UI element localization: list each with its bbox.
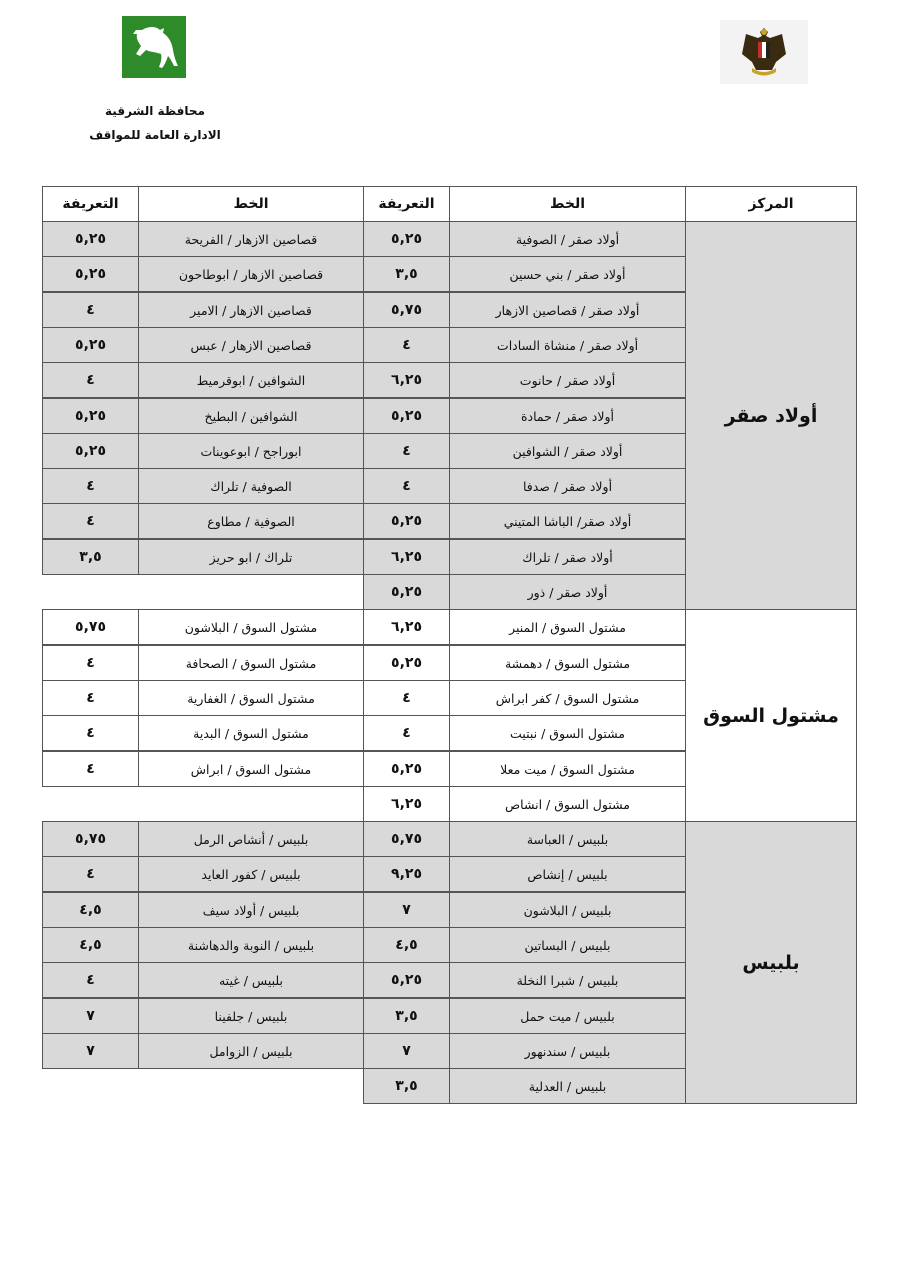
route-fare-cell: ٤ [363, 327, 450, 363]
route-fare-cell: ٥,٢٥ [363, 751, 450, 787]
route-line-cell: أولاد صقر / قصاصين الازهار [449, 292, 686, 328]
route-fare-cell: ٤ [363, 715, 450, 751]
route-fare-cell: ٤,٥ [363, 927, 450, 963]
route-fare-cell: ٤ [363, 680, 450, 716]
route-line-cell: بلبيس / أنشاص الرمل [138, 821, 364, 857]
route-line-cell: بلبيس / أولاد سيف [138, 892, 364, 928]
route-fare-cell: ٣,٥ [363, 256, 450, 292]
route-line-cell: الصوفية / مطاوع [138, 503, 364, 539]
route-line-cell: قصاصين الازهار / الامير [138, 292, 364, 328]
route-line-cell: مشتول السوق / الصحافة [138, 645, 364, 681]
route-line-cell: أولاد صقر / ذور [449, 574, 686, 610]
route-fare-cell: ٤ [42, 468, 139, 504]
route-fare-cell: ٦,٢٥ [363, 786, 450, 822]
route-fare-cell: ٤,٥ [42, 927, 139, 963]
route-line-cell: تلراك / ابو حريز [138, 539, 364, 575]
route-fare-cell: ٤ [42, 751, 139, 787]
route-line-cell: مشتول السوق / ميت معلا [449, 751, 686, 787]
route-fare-cell: ٤ [42, 292, 139, 328]
sharqia-horse-logo [122, 16, 186, 78]
route-fare-cell: ٤ [363, 468, 450, 504]
route-fare-cell: ٥,٧٥ [363, 292, 450, 328]
route-fare-cell: ٤ [42, 856, 139, 892]
route-line-cell: ابوراجح / ابوعوينات [138, 433, 364, 469]
route-line-cell: الصوفية / تلراك [138, 468, 364, 504]
route-fare-cell: ٥,٧٥ [42, 821, 139, 857]
route-line-cell: بلبيس / البلاشون [449, 892, 686, 928]
route-line-cell: قصاصين الازهار / ابوطاحون [138, 256, 364, 292]
route-fare-cell: ٦,٢٥ [363, 539, 450, 575]
route-line-cell: مشتول السوق / دهمشة [449, 645, 686, 681]
route-line-cell: بلبيس / النوبة والدهاشنة [138, 927, 364, 963]
route-line-cell: مشتول السوق / كفر ابراش [449, 680, 686, 716]
column-header-fare-2: التعريفة [42, 186, 139, 222]
route-line-cell: الشوافين / البطيخ [138, 398, 364, 434]
route-line-cell: بلبيس / ميت حمل [449, 998, 686, 1034]
route-fare-cell: ٥,٢٥ [363, 645, 450, 681]
route-line-cell: أولاد صقر / حمادة [449, 398, 686, 434]
route-line-cell: بلبيس / العباسة [449, 821, 686, 857]
route-fare-cell: ٥,٢٥ [42, 433, 139, 469]
route-fare-cell: ٥,٢٥ [42, 327, 139, 363]
route-line-cell: مشتول السوق / المنير [449, 609, 686, 645]
route-line-cell: بلبيس / العدلية [449, 1068, 686, 1104]
route-fare-cell: ٥,٢٥ [42, 398, 139, 434]
route-fare-cell: ٧ [42, 1033, 139, 1069]
department-name: الادارة العامة للمواقف [70, 128, 240, 142]
center-name-cell: أولاد صقر [685, 221, 857, 610]
route-fare-cell: ٧ [363, 1033, 450, 1069]
route-fare-cell: ٤ [42, 503, 139, 539]
route-line-cell: أولاد صقر/ الباشا المتيني [449, 503, 686, 539]
route-line-cell: أولاد صقر / بني حسين [449, 256, 686, 292]
route-line-cell: أولاد صقر / صدفا [449, 468, 686, 504]
route-fare-cell: ٥,٢٥ [42, 221, 139, 257]
center-name-cell: مشتول السوق [685, 609, 857, 822]
route-line-cell: أولاد صقر / منشاة السادات [449, 327, 686, 363]
column-header-center: المركز [685, 186, 857, 222]
route-line-cell: بلبيس / سندنهور [449, 1033, 686, 1069]
route-line-cell: الشوافين / ابوقرميط [138, 362, 364, 398]
route-fare-cell: ٩,٢٥ [363, 856, 450, 892]
route-line-cell: أولاد صقر / الصوفية [449, 221, 686, 257]
route-fare-cell: ٤ [42, 645, 139, 681]
route-fare-cell: ٣,٥ [363, 1068, 450, 1104]
column-header-line: الخط [449, 186, 686, 222]
governorate-name: محافظة الشرقية [70, 104, 240, 118]
route-fare-cell: ٣,٥ [363, 998, 450, 1034]
route-line-cell: بلبيس / غيته [138, 962, 364, 998]
route-fare-cell: ٥,٧٥ [42, 609, 139, 645]
route-line-cell: مشتول السوق / الغفارية [138, 680, 364, 716]
route-line-cell: بلبيس / كفور العايد [138, 856, 364, 892]
route-line-cell: قصاصين الازهار / عبس [138, 327, 364, 363]
route-fare-cell: ٦,٢٥ [363, 609, 450, 645]
horse-emblem-icon [128, 22, 180, 72]
route-fare-cell: ٧ [42, 998, 139, 1034]
route-fare-cell: ٥,٢٥ [363, 574, 450, 610]
route-line-cell: بلبيس / شبرا النخلة [449, 962, 686, 998]
route-line-cell: أولاد صقر / تلراك [449, 539, 686, 575]
route-line-cell: بلبيس / البساتين [449, 927, 686, 963]
route-line-cell: مشتول السوق / البدية [138, 715, 364, 751]
route-line-cell: مشتول السوق / انشاص [449, 786, 686, 822]
route-fare-cell: ٥,٢٥ [42, 256, 139, 292]
route-fare-cell: ٤ [42, 362, 139, 398]
egypt-eagle-logo [720, 20, 808, 84]
route-fare-cell: ٥,٢٥ [363, 398, 450, 434]
route-fare-cell: ٤ [42, 680, 139, 716]
egypt-eagle-emblem-icon [736, 24, 792, 80]
route-line-cell: بلبيس / إنشاص [449, 856, 686, 892]
route-fare-cell: ٣,٥ [42, 539, 139, 575]
route-fare-cell: ٤ [363, 433, 450, 469]
route-fare-cell: ٥,٢٥ [363, 962, 450, 998]
route-line-cell: أولاد صقر / حانوت [449, 362, 686, 398]
route-fare-cell: ٧ [363, 892, 450, 928]
route-fare-cell: ٤ [42, 962, 139, 998]
route-line-cell: مشتول السوق / نبتيت [449, 715, 686, 751]
route-line-cell: بلبيس / جلفينا [138, 998, 364, 1034]
route-line-cell: مشتول السوق / البلاشون [138, 609, 364, 645]
column-header-fare: التعريفة [363, 186, 450, 222]
route-line-cell: مشتول السوق / ابراش [138, 751, 364, 787]
route-line-cell: قصاصين الازهار / الفريحة [138, 221, 364, 257]
route-fare-cell: ٦,٢٥ [363, 362, 450, 398]
route-line-cell: بلبيس / الزوامل [138, 1033, 364, 1069]
route-fare-cell: ٤ [42, 715, 139, 751]
route-line-cell: أولاد صقر / الشوافين [449, 433, 686, 469]
center-name-cell: بلبيس [685, 821, 857, 1104]
route-fare-cell: ٥,٧٥ [363, 821, 450, 857]
column-header-line-2: الخط [138, 186, 364, 222]
route-fare-cell: ٤,٥ [42, 892, 139, 928]
route-fare-cell: ٥,٢٥ [363, 503, 450, 539]
route-fare-cell: ٥,٢٥ [363, 221, 450, 257]
